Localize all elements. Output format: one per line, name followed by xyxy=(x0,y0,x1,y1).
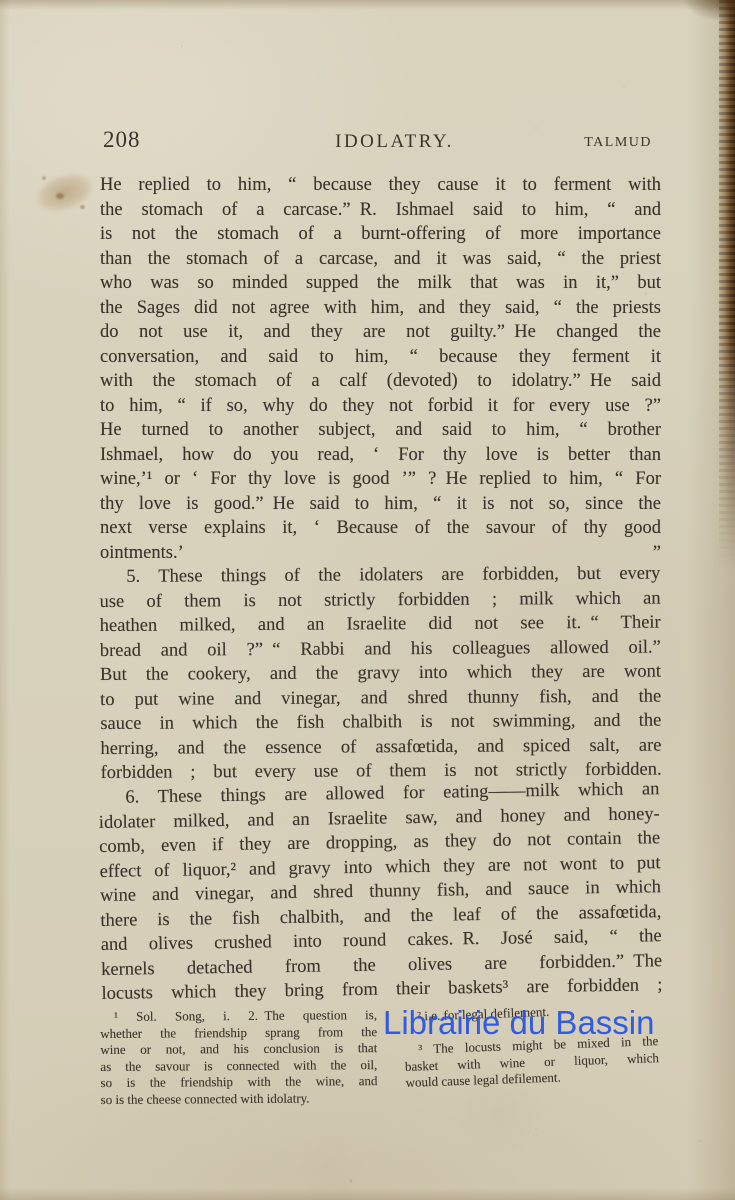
text-line: He turned to another subject, and said t… xyxy=(100,418,661,443)
book-page-scan: 208 IDOLATRY. TALMUD He replied to him, … xyxy=(0,0,735,1200)
text-line: as the savour is connected with the oil, xyxy=(100,1057,377,1075)
text-line: to put wine and vinegar, and shred thunn… xyxy=(100,684,661,712)
text-line: But the cookery, and the gravy into whic… xyxy=(100,660,661,688)
text-line: than the stomach of a carcase, and it wa… xyxy=(100,247,661,272)
page-edge-top-shadow xyxy=(0,0,735,10)
book-fore-edge xyxy=(719,0,735,600)
footnote-1: ¹ Sol. Song, i. 2. The question is,wheth… xyxy=(100,1007,378,1108)
text-line: do not use it, and they are not guilty.”… xyxy=(100,320,661,345)
watermark: Librairie du Bassin xyxy=(383,1004,683,1042)
page-corner-shadow xyxy=(665,0,735,34)
text-line: thy love is good.” He said to him, “ it … xyxy=(100,492,661,517)
footnote-column-left: ¹ Sol. Song, i. 2. The question is,wheth… xyxy=(100,1007,378,1108)
text-line: conversation, and said to him, “ because… xyxy=(100,345,661,370)
text-line: so is the cheese connected with idolatry… xyxy=(101,1090,378,1108)
paragraph-continuation: He replied to him, “ because they cause … xyxy=(100,173,661,565)
text-line: ¹ Sol. Song, i. 2. The question is, xyxy=(100,1007,377,1025)
text-line: next verse explains it, ‘ Because of the… xyxy=(100,516,661,541)
text-line: the stomach of a carcase.” R. Ishmael sa… xyxy=(100,198,661,223)
page-header: 208 IDOLATRY. TALMUD xyxy=(100,125,661,150)
paper-stain-speck xyxy=(42,176,46,180)
text-line: wine or not, and his conclusion is that xyxy=(100,1040,377,1058)
paper-stain-speck xyxy=(80,205,85,209)
text-line: bread and oil ?” “ Rabbi and his colleag… xyxy=(100,635,661,663)
paper-stain-speck xyxy=(56,193,64,199)
text-line: 5. These things of the idolaters are for… xyxy=(99,562,660,590)
text-line: is not the stomach of a burnt-offering o… xyxy=(100,222,661,247)
text-line: wine,’¹ or ‘ For thy love is good ’” ? H… xyxy=(100,467,661,492)
text-line: heathen milked, and an Israelite did not… xyxy=(100,611,661,639)
page-edge-left-shadow xyxy=(0,0,10,1200)
text-line: sauce in which the fish chalbith is not … xyxy=(100,709,661,737)
page-edge-bottom-shadow xyxy=(0,1188,735,1200)
text-line: Ishmael, how do you read, ‘ For thy love… xyxy=(100,443,661,468)
text-line: who was so minded supped the milk that w… xyxy=(100,271,661,296)
text-line: to him, “ if so, why do they not forbid … xyxy=(100,394,661,419)
page-text-block: 208 IDOLATRY. TALMUD He replied to him, … xyxy=(100,125,661,1108)
body-text: He replied to him, “ because they cause … xyxy=(100,173,661,1006)
text-line: He replied to him, “ because they cause … xyxy=(100,173,661,198)
text-line: the Sages did not agree with him, and th… xyxy=(100,296,661,321)
text-line: whether the friendship sprang from the xyxy=(100,1024,377,1042)
text-line: with the stomach of a calf (devoted) to … xyxy=(100,369,661,394)
text-line: herring, and the essence of assafœtida, … xyxy=(100,733,661,761)
paragraph-6: 6. These things are allowed for eating——… xyxy=(98,777,662,1006)
paragraph-5: 5. These things of the idolaters are for… xyxy=(99,562,661,786)
text-line: so is the friendship with the wine, and xyxy=(100,1073,377,1091)
text-line: use of them is not strictly forbidden ; … xyxy=(99,586,660,614)
paper-stain xyxy=(23,154,109,230)
running-head-right: TALMUD xyxy=(584,135,652,151)
